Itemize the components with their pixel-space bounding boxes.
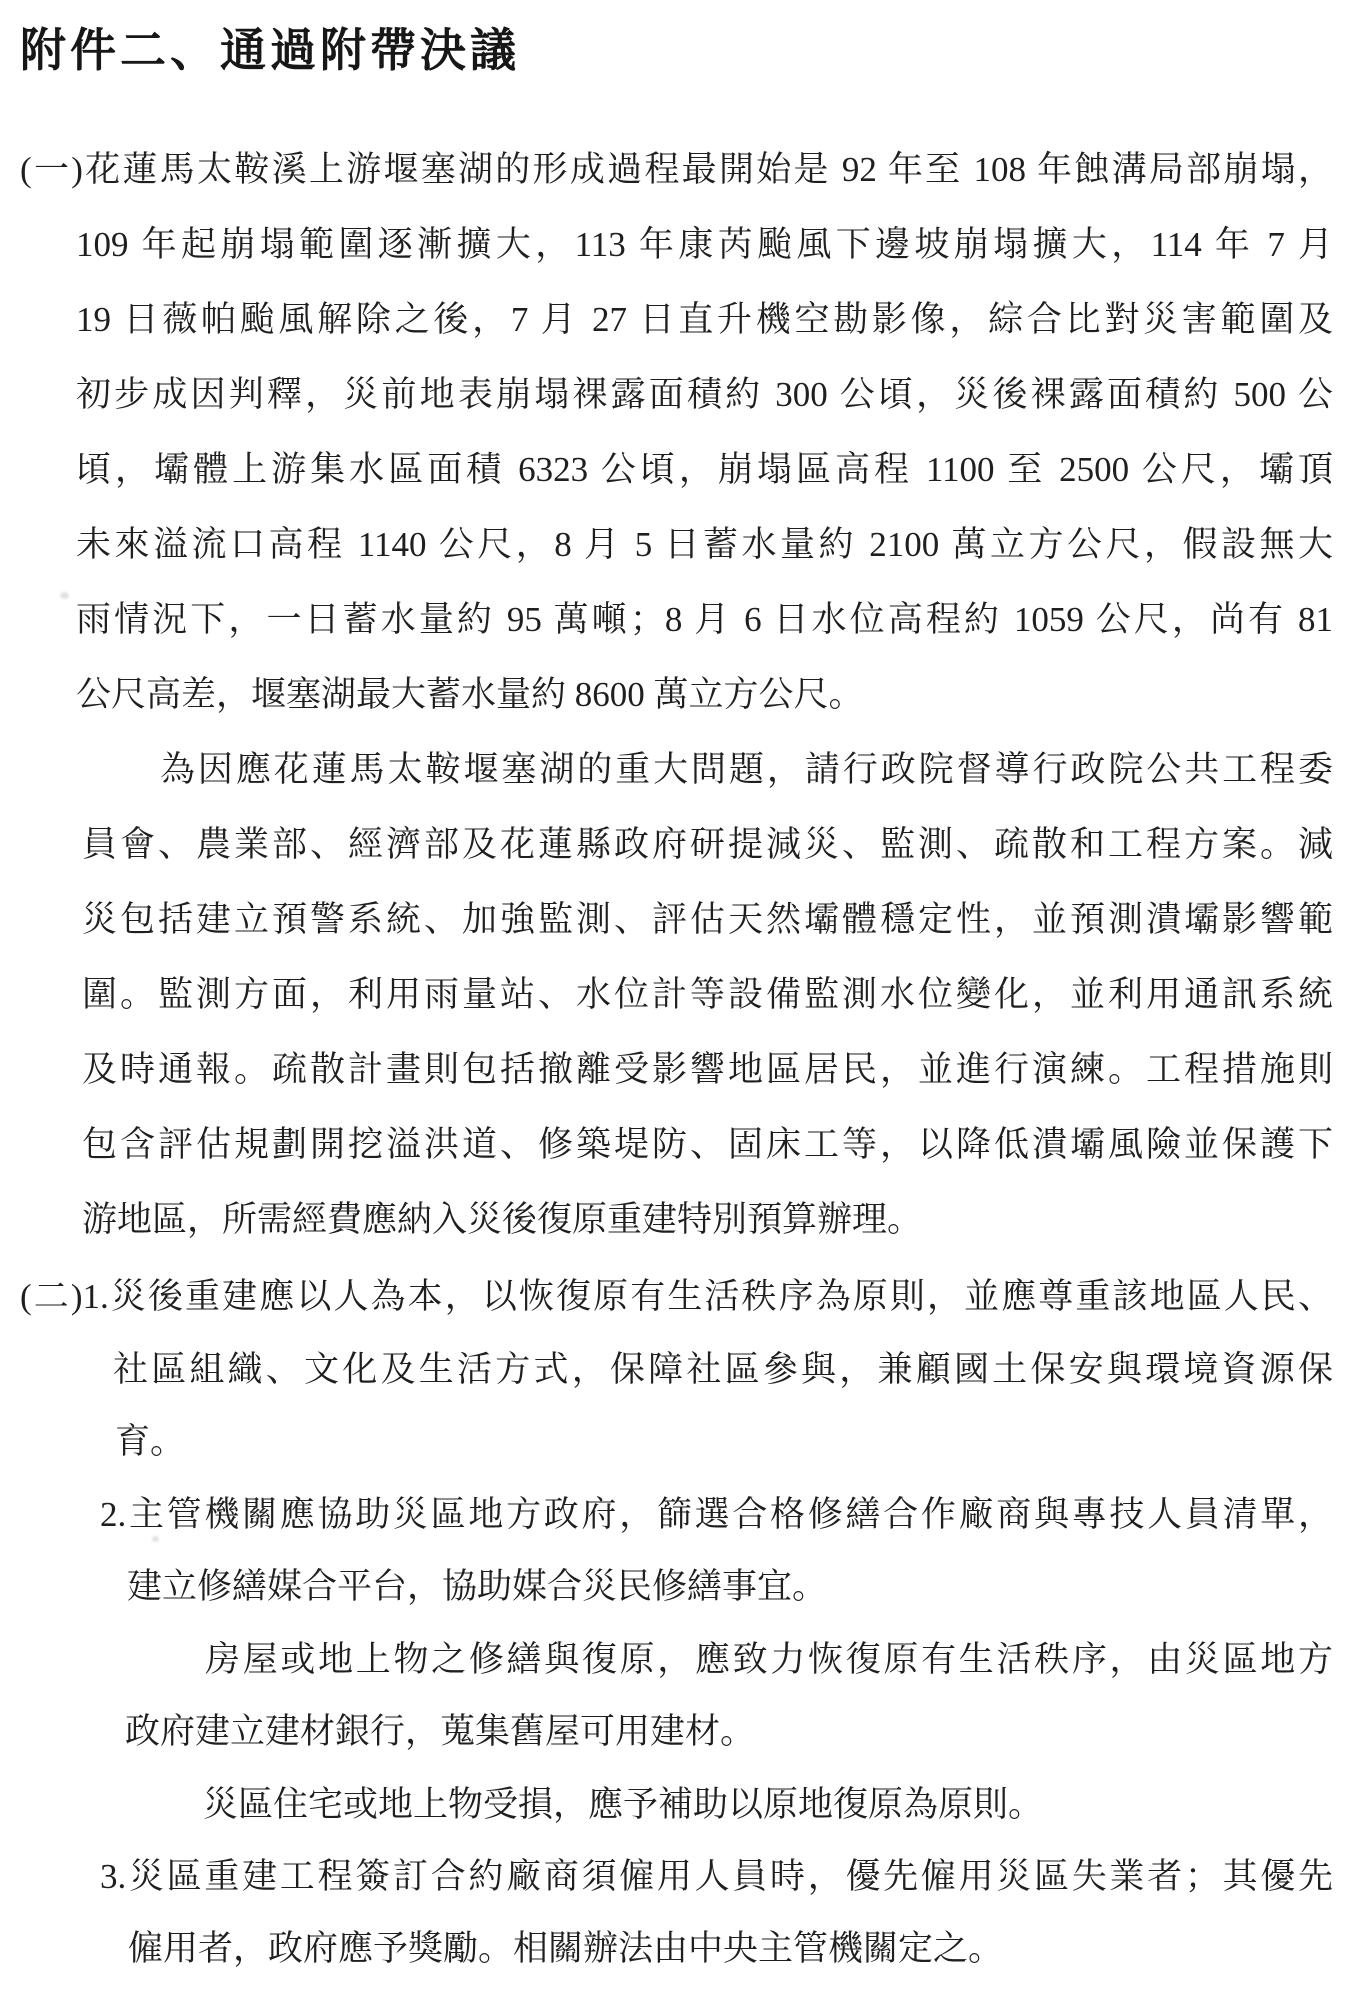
text-line: 頃，壩體上游集水區面積 6323 公頃，崩塌區高程 1100 至 2500 公尺… — [76, 445, 1333, 499]
document-page: 附件二、通過附帶決議 (一)花蓮馬太鞍溪上游堰塞湖的形成過程最開始是 92 年至… — [0, 0, 1354, 1989]
text-line: 19 日薇帕颱風解除之後，7 月 27 日直升機空勘影像，綜合比對災害範圍及 — [76, 295, 1333, 349]
text-line: (二)1.災後重建應以人為本，以恢復原有生活秩序為原則，並應尊重該地區人民、 — [20, 1272, 1333, 1326]
text-line: 為因應花蓮馬太鞍堰塞湖的重大問題，請行政院督導行政院公共工程委 — [160, 745, 1333, 799]
text-line: 員會、農業部、經濟部及花蓮縣政府研提減災、監測、疏散和工程方案。減 — [82, 820, 1333, 874]
text-line: 公尺高差，堰塞湖最大蓄水量約 8600 萬立方公尺。 — [76, 670, 1333, 724]
document-body: (一)花蓮馬太鞍溪上游堰塞湖的形成過程最開始是 92 年至 108 年蝕溝局部崩… — [0, 0, 1354, 1989]
text-line: 及時通報。疏散計畫則包括撤離受影響地區居民，並進行演練。工程措施則 — [82, 1045, 1333, 1099]
text-line: 政府建立建材銀行，蒐集舊屋可用建材。 — [125, 1707, 1333, 1761]
scan-artifact — [152, 1536, 159, 1542]
text-line: 3.災區重建工程簽訂合約廠商須僱用人員時，優先僱用災區失業者；其優先 — [100, 1852, 1333, 1906]
text-line: 災包括建立預警系統、加強監測、評估天然壩體穩定性，並預測潰壩影響範 — [82, 895, 1333, 949]
text-line: 社區組織、文化及生活方式，保障社區參與，兼顧國土保安與環境資源保 — [113, 1345, 1333, 1399]
text-line: 建立修繕媒合平台，協助媒合災民修繕事宜。 — [127, 1562, 1333, 1616]
text-line: 育。 — [115, 1417, 1333, 1471]
text-line: 包含評估規劃開挖溢洪道、修築堤防、固床工等，以降低潰壩風險並保護下 — [82, 1120, 1333, 1174]
text-line: 初步成因判釋，災前地表崩塌裸露面積約 300 公頃，災後裸露面積約 500 公 — [76, 370, 1333, 424]
text-line: (一)花蓮馬太鞍溪上游堰塞湖的形成過程最開始是 92 年至 108 年蝕溝局部崩… — [20, 145, 1333, 199]
scan-artifact — [60, 592, 69, 599]
text-line: 房屋或地上物之修繕與復原，應致力恢復原有生活秩序，由災區地方 — [205, 1635, 1333, 1689]
text-line: 雨情況下，一日蓄水量約 95 萬噸；8 月 6 日水位高程約 1059 公尺，尚… — [76, 595, 1333, 649]
text-line: 圍。監測方面，利用雨量站、水位計等設備監測水位變化，並利用通訊系統 — [82, 970, 1333, 1024]
text-line: 災區住宅或地上物受損，應予補助以原地復原為原則。 — [203, 1780, 1333, 1834]
text-line: 109 年起崩塌範圍逐漸擴大，113 年康芮颱風下邊坡崩塌擴大，114 年 7 … — [76, 220, 1333, 274]
text-line: 游地區，所需經費應納入災後復原重建特別預算辦理。 — [82, 1195, 1333, 1249]
text-line: 2.主管機關應協助災區地方政府，篩選合格修繕合作廠商與專技人員清單， — [100, 1490, 1333, 1544]
text-line: 僱用者，政府應予獎勵。相關辦法由中央主管機關定之。 — [128, 1924, 1333, 1978]
text-line: 未來溢流口高程 1140 公尺，8 月 5 日蓄水量約 2100 萬立方公尺，假… — [76, 520, 1333, 574]
